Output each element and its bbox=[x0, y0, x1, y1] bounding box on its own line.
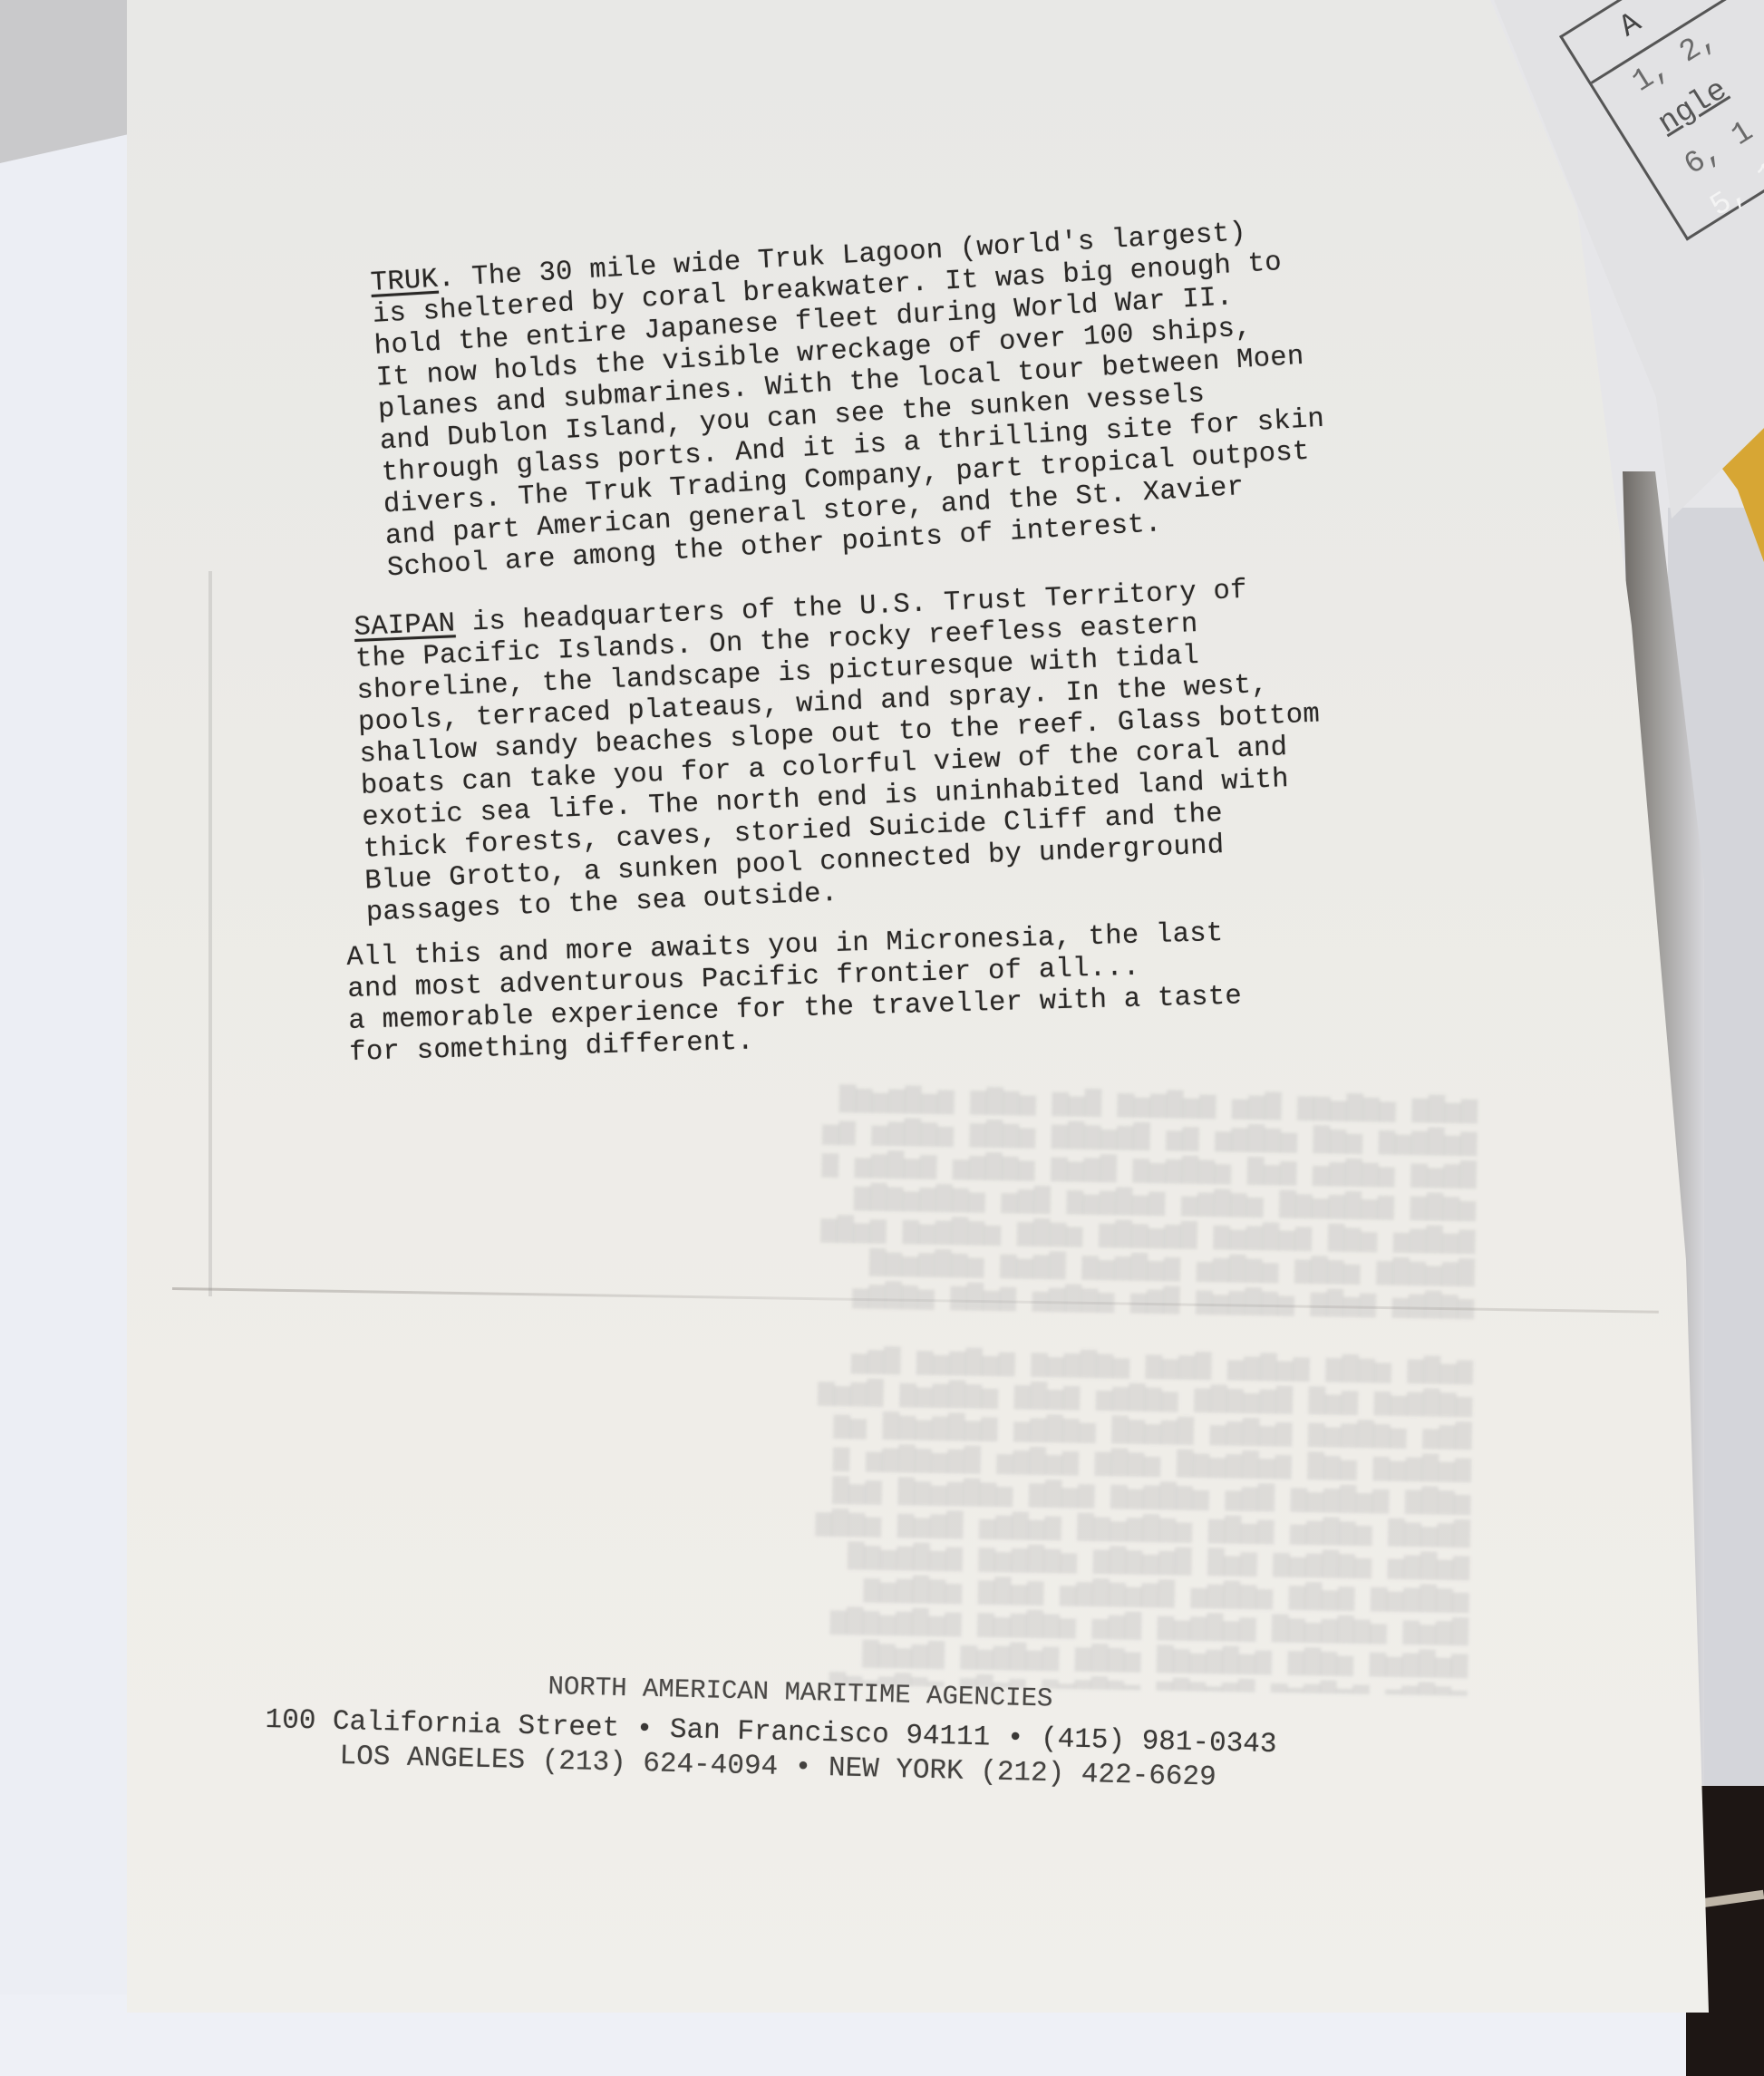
paragraph-closing: All this and more awaits you in Micrones… bbox=[346, 917, 1243, 1069]
bleed-through-text: ▆▅▇▆ ▅▆▇▅▆▆ ▇▆▅ ▆▅▇▆▅▆ ▇▅▆ ▅▆▇▆ ▆▅▇▆▅▆▇ … bbox=[344, 1042, 1478, 1696]
heading-truk: TRUK bbox=[370, 265, 439, 299]
paragraph-saipan: SAIPAN is headquarters of the U.S. Trust… bbox=[354, 573, 1327, 930]
table-header-cell: A bbox=[1614, 6, 1647, 45]
paragraph-truk: TRUK. The 30 mile wide Truk Lagoon (worl… bbox=[370, 214, 1331, 585]
paper-crease-vertical bbox=[208, 571, 212, 1296]
heading-saipan: SAIPAN bbox=[354, 608, 456, 644]
